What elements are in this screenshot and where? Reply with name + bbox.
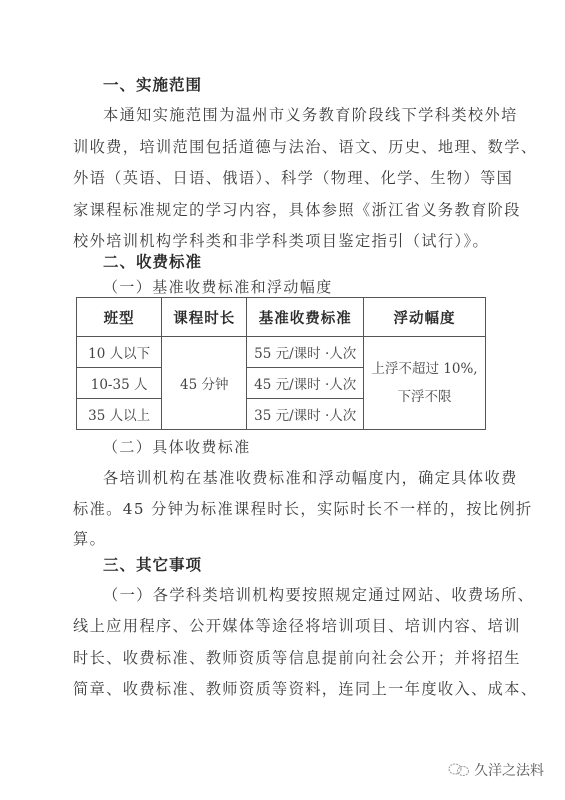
paragraph-line: 线上应用程序、公开媒体等途径将培训项目、培训内容、培训 [73,615,521,636]
paragraph-line: 时长、收费标准、教师资质等信息提前向社会公开；并将招生 [73,647,521,668]
paragraph-line: 各培训机构在基准收费标准和浮动幅度内，确定具体收费 [103,467,518,488]
fee-standard-table: 班型 课程时长 基准收费标准 浮动幅度 10 人以下 45 分钟 55 元/课时… [76,297,486,430]
paragraph-line: 标准。45 分钟为标准课程时长，实际时长不一样的，按比例折 [73,498,533,519]
paragraph-line: 校外培训机构学科类和非学科类项目鉴定指引（试行）》。 [73,230,489,251]
header-class-type: 班型 [77,298,162,337]
watermark-text: 久洋之法料 [474,760,544,780]
float-line-2: 下浮不限 [364,383,485,411]
subsection-1-heading: （一）基准收费标准和浮动幅度 [103,276,333,297]
table-row: 10 人以下 45 分钟 55 元/课时 ·人次 上浮不超过 10%, 下浮不限 [77,337,486,368]
cell-class-type: 35 人以上 [77,399,162,430]
cell-class-type: 10-35 人 [77,368,162,399]
header-float-range: 浮动幅度 [364,298,486,337]
paragraph-line: 家课程标准规定的学习内容，具体参照《浙江省义务教育阶段 [73,199,521,220]
cell-float-range: 上浮不超过 10%, 下浮不限 [364,337,486,430]
cell-fee: 45 元/课时 ·人次 [247,368,364,399]
paragraph-line: 训收费，培训范围包括道德与法治、语文、历史、地理、数学、 [73,136,537,157]
cell-class-type: 10 人以下 [77,337,162,368]
cell-fee: 55 元/课时 ·人次 [247,337,364,368]
section-3-heading: 三、其它事项 [103,553,202,575]
table-header-row: 班型 课程时长 基准收费标准 浮动幅度 [77,298,486,337]
wechat-icon [448,763,470,777]
section-2-heading: 二、收费标准 [103,250,202,272]
watermark: 久洋之法料 [448,760,544,780]
cell-fee: 35 元/课时 ·人次 [247,399,364,430]
float-line-1: 上浮不超过 10%, [364,355,485,383]
cell-duration: 45 分钟 [162,337,247,430]
paragraph-line: （一）各学科类培训机构要按照规定通过网站、收费场所、 [103,584,534,605]
paragraph-line: 简章、收费标准、教师资质等资料，连同上一年度收入、成本、 [73,678,537,699]
header-base-fee: 基准收费标准 [247,298,364,337]
paragraph-line: 本通知实施范围为温州市义务教育阶段线下学科类校外培 [103,104,518,125]
paragraph-line: 外语（英语、日语、俄语）、科学（物理、化学、生物）等国 [73,167,513,188]
section-1-heading: 一、实施范围 [103,73,202,95]
subsection-2-heading: （二）具体收费标准 [103,436,251,457]
paragraph-line: 算。 [73,528,106,549]
header-duration: 课程时长 [162,298,247,337]
